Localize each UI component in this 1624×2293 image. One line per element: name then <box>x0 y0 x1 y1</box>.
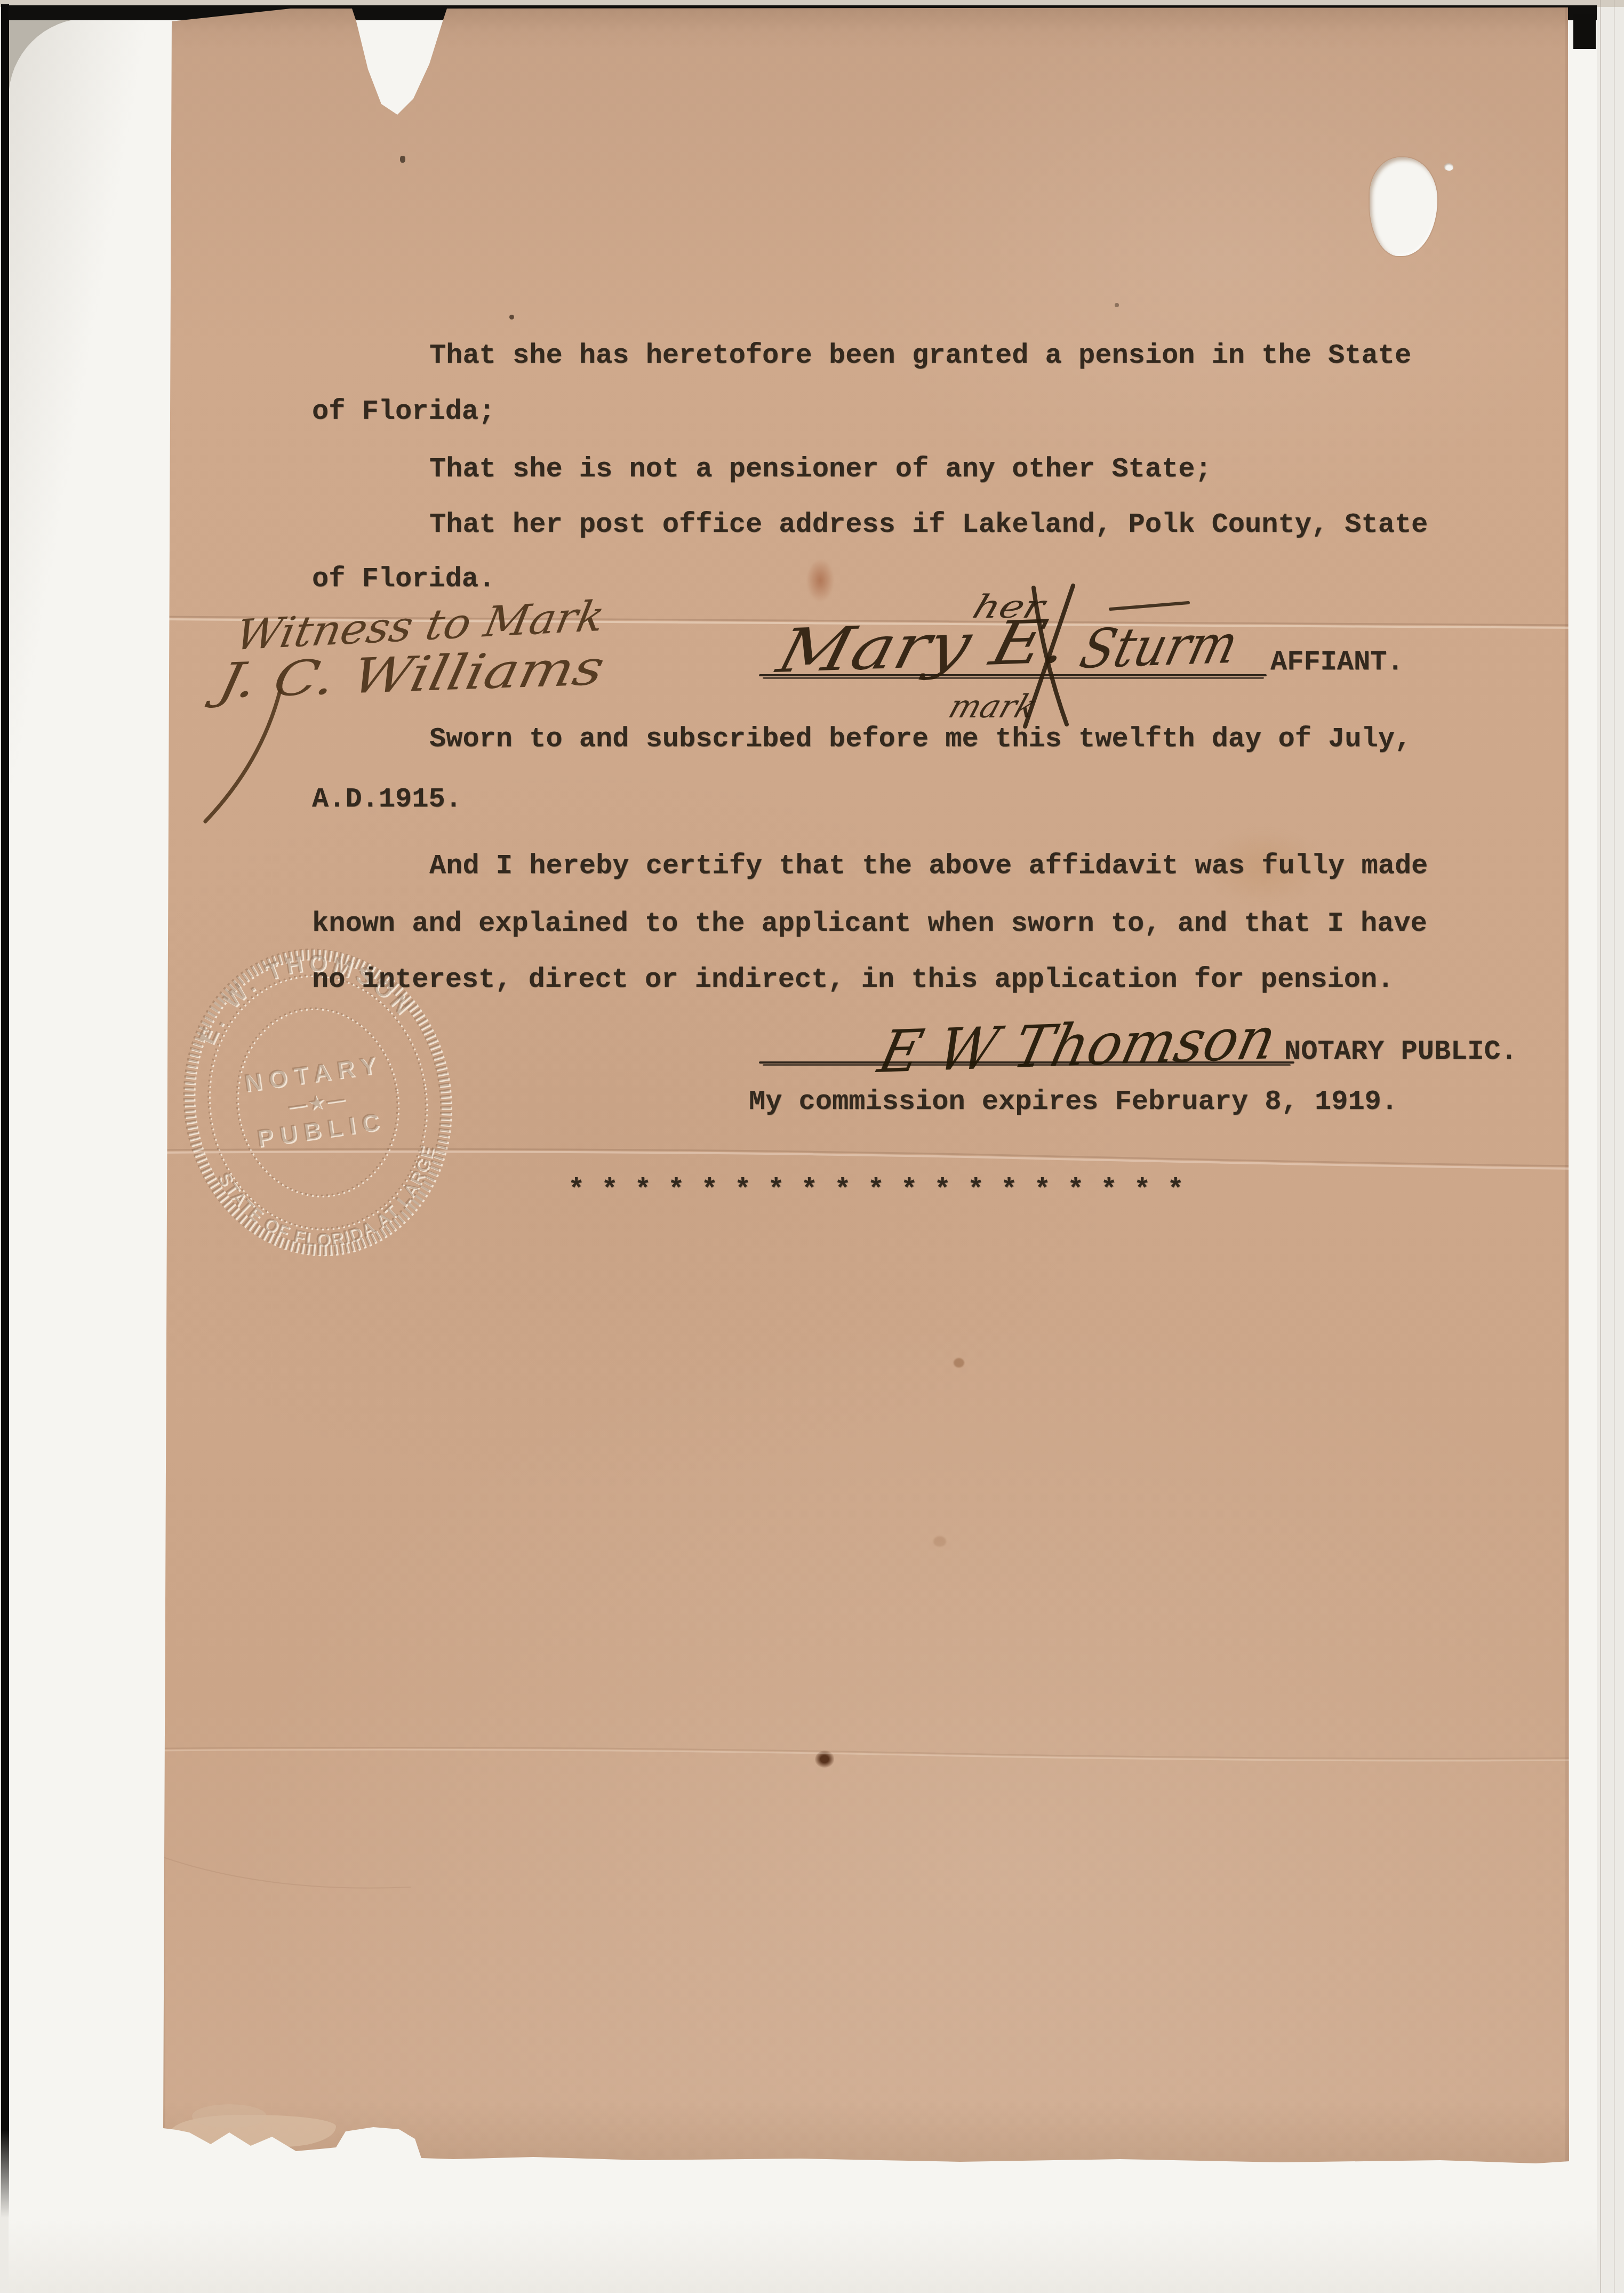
affiant-surname-handwriting: Sturm <box>1074 613 1244 681</box>
handwriting-layer: Witness to Mark J. C. Williams Mary E. S… <box>160 5 1573 2171</box>
notary-signature-handwriting: E W Thomson <box>871 1004 1283 1086</box>
scan-right-black-mark <box>1573 14 1596 49</box>
signature-flourish-stroke <box>205 691 280 821</box>
scan-edge-streak <box>1600 0 1601 2293</box>
her-annotation-dash <box>1110 603 1188 609</box>
scanned-affidavit-page: E. W. THOMSON STATE OF FLORIDA AT LARGE … <box>0 0 1624 2293</box>
affidavit-paper: E. W. THOMSON STATE OF FLORIDA AT LARGE … <box>160 5 1573 2171</box>
mark-annotation-handwriting: mark <box>944 688 1042 725</box>
scan-left-black-bar <box>1 4 9 2218</box>
torn-hole-small <box>1444 163 1453 171</box>
scan-edge-streak <box>1614 0 1615 2293</box>
